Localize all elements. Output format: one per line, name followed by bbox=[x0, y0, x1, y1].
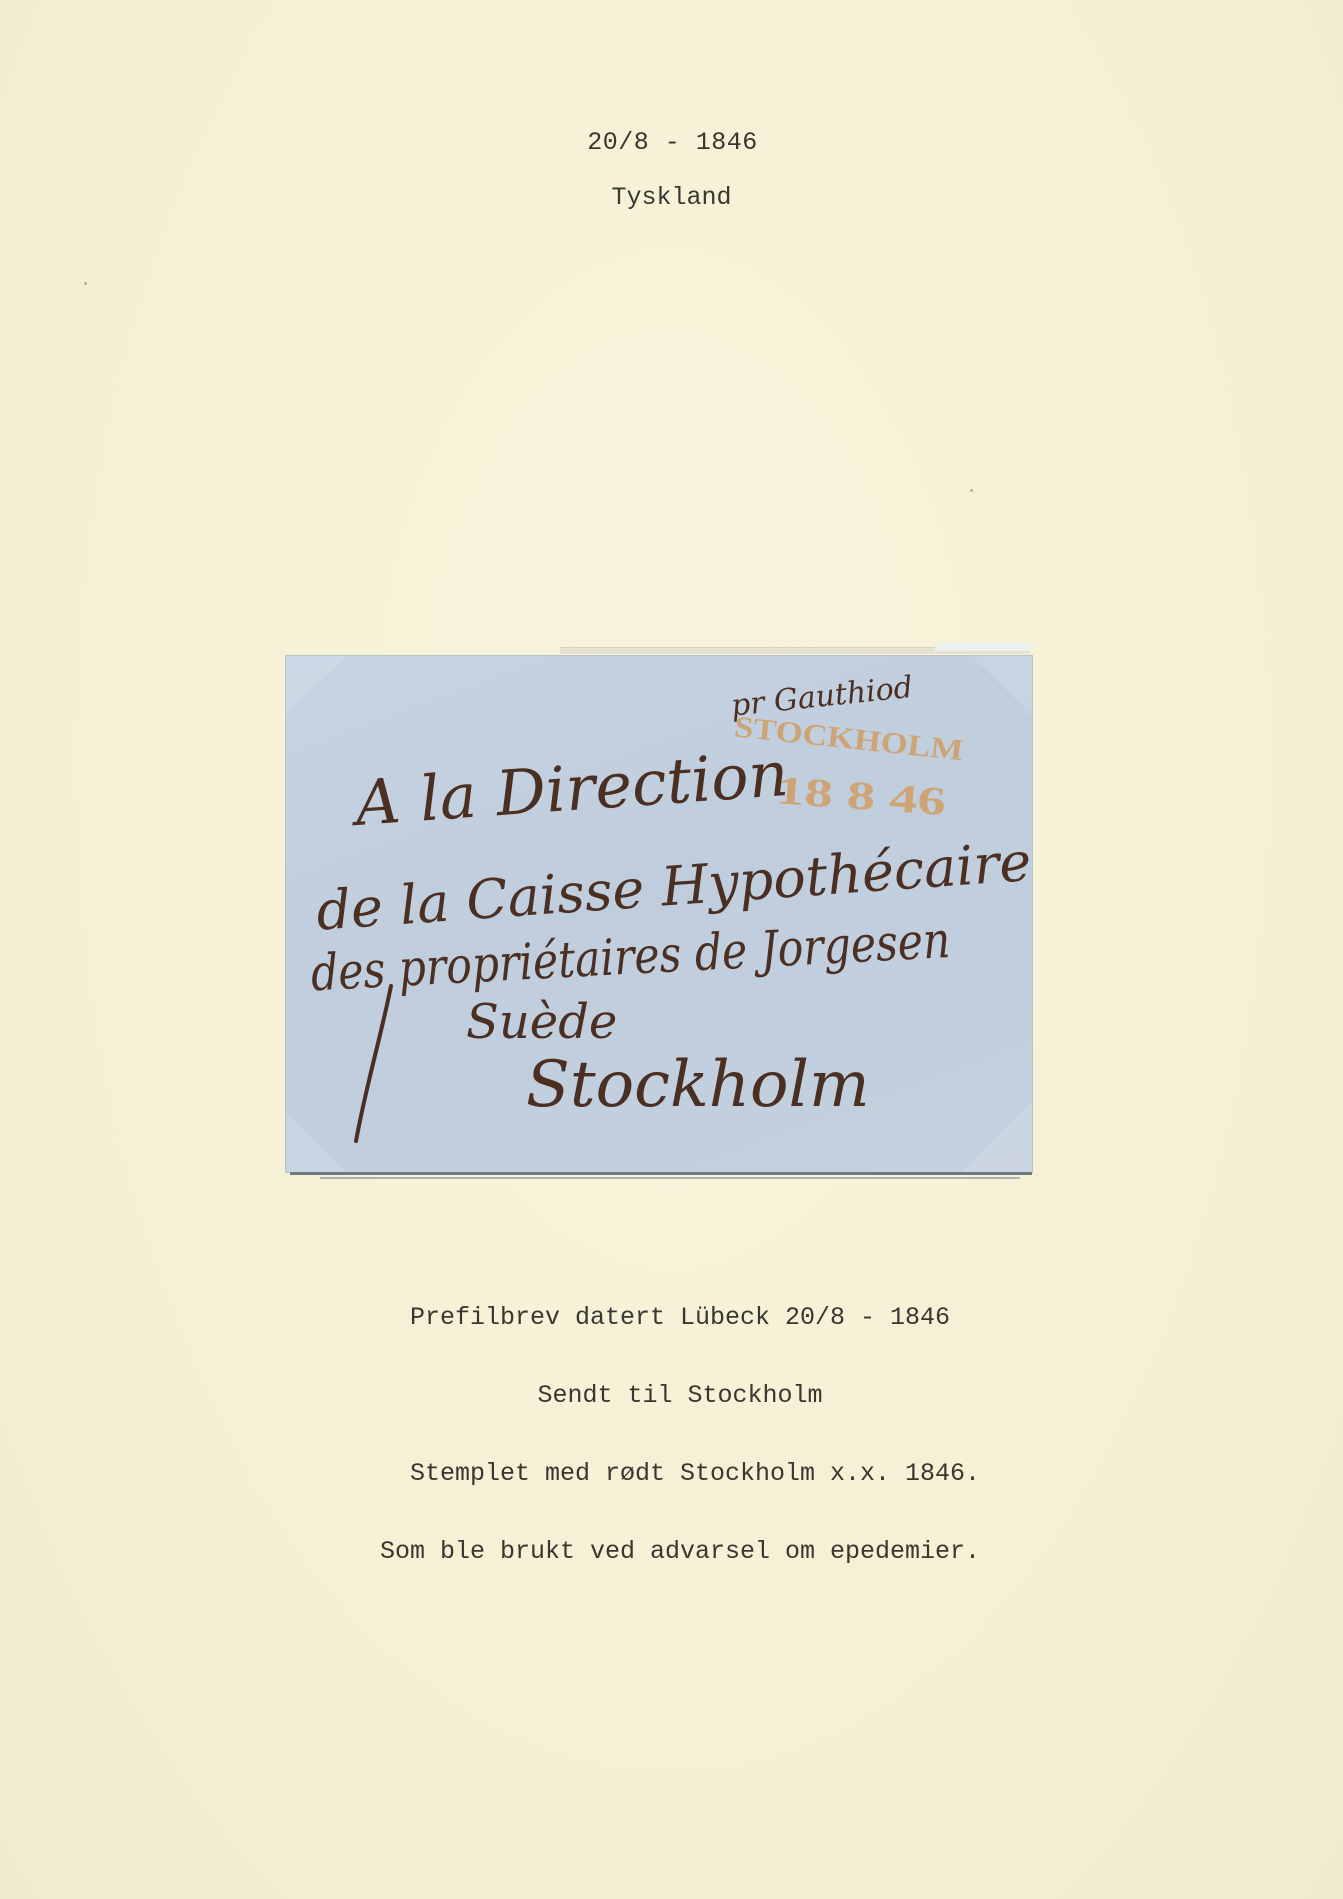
routing-note: pr Gauthiod bbox=[729, 670, 914, 724]
letter-bottom-edge bbox=[320, 1177, 1020, 1179]
letter-writing: STOCKHOLM 18 8 46 pr Gauthiod A la Direc… bbox=[286, 656, 1032, 1172]
address-line-5: Stockholm bbox=[526, 1048, 870, 1122]
address-line-1: A la Direction bbox=[348, 737, 791, 840]
mount-sleeve-corner bbox=[935, 643, 1033, 651]
rate-mark bbox=[356, 986, 391, 1141]
page-country-heading: Tyskland bbox=[0, 183, 1343, 212]
letter-bottom-edge bbox=[290, 1172, 1032, 1175]
prephilatelic-letter: STOCKHOLM 18 8 46 pr Gauthiod A la Direc… bbox=[286, 656, 1032, 1172]
caption-line: Sendt til Stockholm bbox=[330, 1383, 1030, 1409]
paper-speck bbox=[84, 282, 87, 285]
exhibit-caption: Prefilbrev datert Lübeck 20/8 - 1846 Sen… bbox=[330, 1253, 1030, 1591]
paper-speck bbox=[970, 489, 973, 492]
page-date-heading: 20/8 - 1846 bbox=[0, 128, 1343, 157]
caption-line: Som ble brukt ved advarsel om epedemier. bbox=[330, 1539, 1030, 1565]
caption-line: Prefilbrev datert Lübeck 20/8 - 1846 bbox=[330, 1305, 1030, 1331]
svg-text:18 8 46: 18 8 46 bbox=[775, 767, 948, 824]
address-line-4: Suède bbox=[466, 994, 617, 1050]
caption-line: Stemplet med rødt Stockholm x.x. 1846. bbox=[330, 1461, 1030, 1487]
